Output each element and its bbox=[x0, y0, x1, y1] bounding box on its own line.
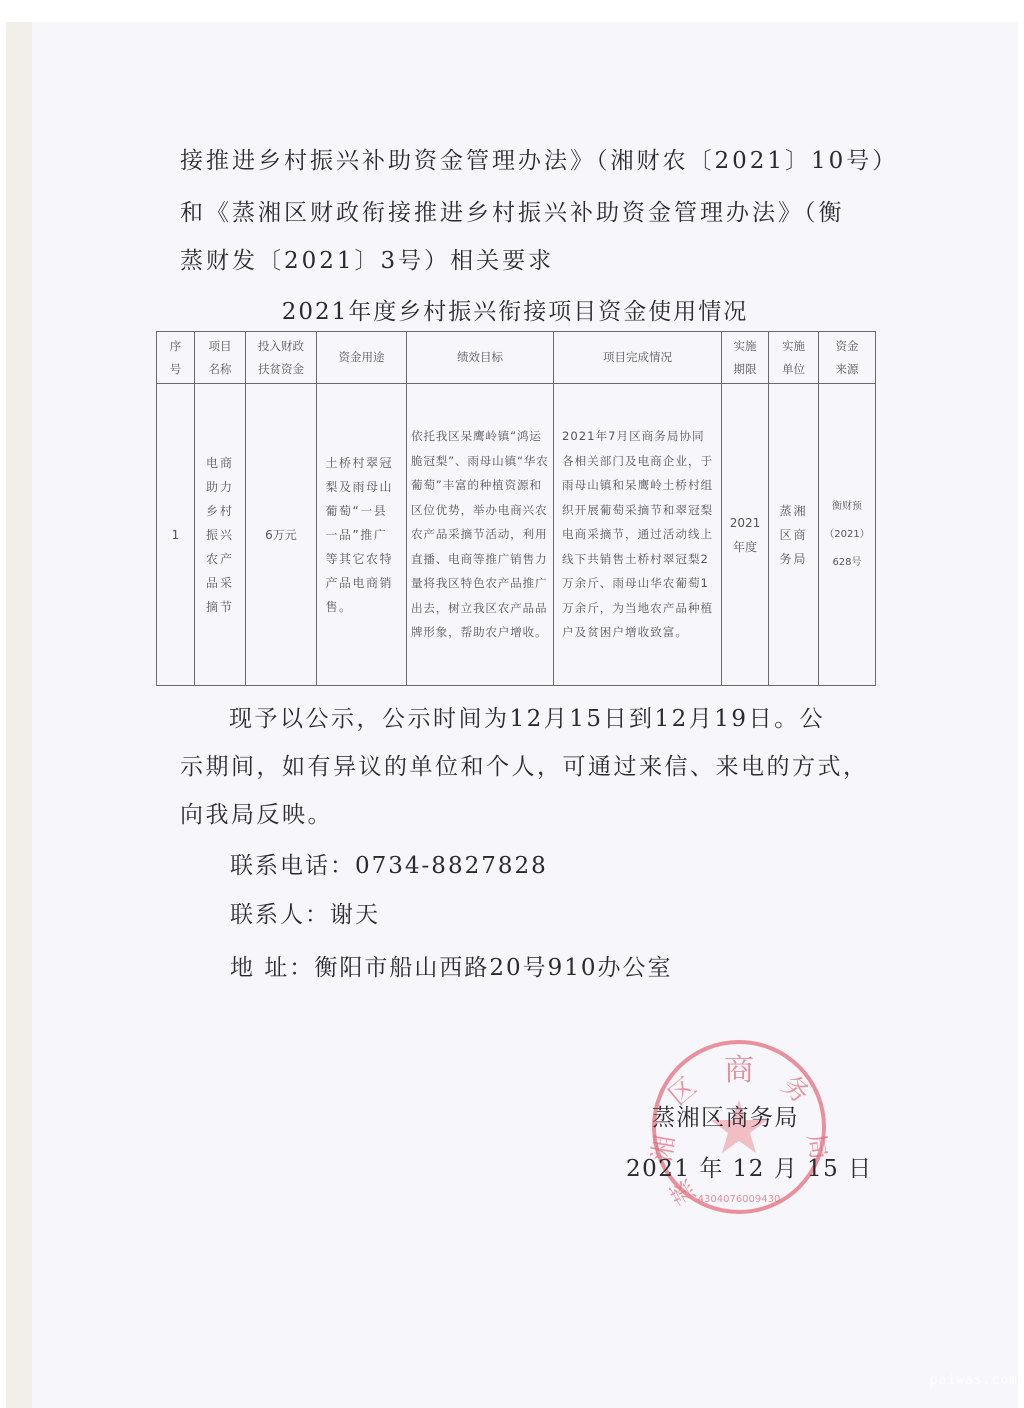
header-goal: 绩效目标 bbox=[407, 332, 554, 384]
contact-person: 联系人：谢天 bbox=[230, 900, 380, 930]
header-source: 资金来源 bbox=[819, 332, 876, 384]
person-label: 联系人： bbox=[230, 902, 330, 928]
header-project-name: 项目名称 bbox=[195, 332, 246, 384]
table-header-row: 序号 项目名称 投入财政扶贫资金 资金用途 绩效目标 项目完成情况 实施期限 实… bbox=[157, 332, 876, 384]
cell-completion: 2021年7月区商务局协同各相关部门及电商企业，于雨母山镇和呆鹰岭土桥村组织开展… bbox=[554, 384, 722, 686]
address-value: 衡阳市船山西路20号910办公室 bbox=[314, 955, 672, 981]
person-name: 谢天 bbox=[330, 902, 380, 928]
intro-line-1: 接推进乡村振兴补助资金管理办法》（湘财农〔2021〕10号） bbox=[180, 146, 898, 176]
cell-period: 2021年度 bbox=[722, 384, 769, 686]
cell-source: 衡财预（2021）628号 bbox=[819, 384, 876, 686]
table-title: 2021年度乡村振兴衔接项目资金使用情况 bbox=[150, 296, 880, 328]
cell-index: 1 bbox=[157, 384, 195, 686]
signature-org: 蒸湘区商务局 bbox=[652, 1103, 799, 1133]
signature-date: 2021 年 12 月 15 日 bbox=[626, 1154, 873, 1184]
notice-line-2: 示期间，如有异议的单位和个人，可通过来信、来电的方式， bbox=[180, 752, 869, 782]
cell-purpose: 土桥村翠冠梨及雨母山葡萄“一县一品”推广等其它农特产品电商销售。 bbox=[317, 384, 407, 686]
intro-line-2: 和《蒸湘区财政衔接推进乡村振兴补助资金管理办法》（衡 bbox=[180, 198, 845, 228]
header-purpose: 资金用途 bbox=[317, 332, 407, 384]
intro-line-3: 蒸财发〔2021〕3号）相关要求 bbox=[180, 246, 554, 276]
address-label: 地 址： bbox=[230, 955, 314, 981]
table-row: 1 电商助力乡村振兴农产品采摘节 6万元 土桥村翠冠梨及雨母山葡萄“一县一品”推… bbox=[157, 384, 876, 686]
watermark: paiwas.com bbox=[930, 1373, 1018, 1388]
page-edge bbox=[6, 22, 32, 1408]
notice-line-1: 现予以公示，公示时间为12月15日到12月19日。公 bbox=[229, 704, 825, 734]
header-funding: 投入财政扶贫资金 bbox=[246, 332, 317, 384]
phone-label: 联系电话： bbox=[230, 853, 355, 879]
notice-line-3: 向我局反映。 bbox=[180, 800, 333, 830]
cell-project-name: 电商助力乡村振兴农产品采摘节 bbox=[195, 384, 246, 686]
svg-text:商: 商 bbox=[724, 1053, 754, 1088]
contact-address: 地 址：衡阳市船山西路20号910办公室 bbox=[230, 953, 672, 983]
cell-goal: 依托我区呆鹰岭镇“鸿运脆冠梨”、雨母山镇“华农葡萄”丰富的种植资源和区位优势，举… bbox=[407, 384, 554, 686]
funds-table: 序号 项目名称 投入财政扶贫资金 资金用途 绩效目标 项目完成情况 实施期限 实… bbox=[156, 331, 876, 686]
cell-funding: 6万元 bbox=[246, 384, 317, 686]
header-completion: 项目完成情况 bbox=[554, 332, 722, 384]
header-period: 实施期限 bbox=[722, 332, 769, 384]
svg-text:4304076009430: 4304076009430 bbox=[698, 1194, 781, 1205]
header-unit: 实施单位 bbox=[769, 332, 819, 384]
header-index: 序号 bbox=[157, 332, 195, 384]
cell-unit: 蒸湘区商务局 bbox=[769, 384, 819, 686]
phone-number: 0734-8827828 bbox=[355, 853, 548, 879]
contact-phone: 联系电话：0734-8827828 bbox=[230, 851, 548, 881]
